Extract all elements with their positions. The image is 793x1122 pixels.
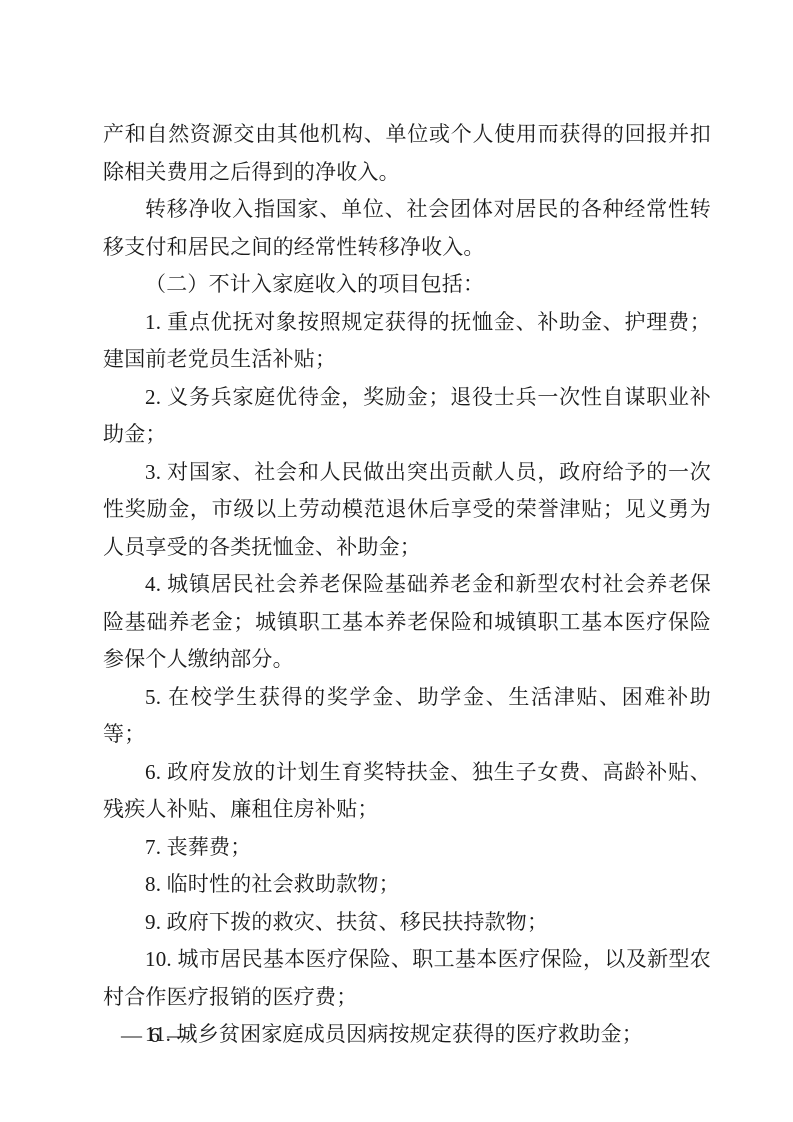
list-item-5: 5. 在校学生获得的奖学金、助学金、生活津贴、困难补助等； xyxy=(103,679,711,754)
list-item-9: 9. 政府下拨的救灾、扶贫、移民扶持款物； xyxy=(103,904,711,942)
list-item-10: 10. 城市居民基本医疗保险、职工基本医疗保险，以及新型农村合作医疗报销的医疗费… xyxy=(103,941,711,1016)
list-item-4: 4. 城镇居民社会养老保险基础养老金和新型农村社会养老保险基础养老金；城镇职工基… xyxy=(103,566,711,679)
list-item-2: 2. 义务兵家庭优待金，奖励金；退役士兵一次性自谋职业补助金； xyxy=(103,379,711,454)
page-number: — 6 — xyxy=(121,1022,189,1048)
section-heading-excluded-items: （二）不计入家庭收入的项目包括： xyxy=(103,266,711,304)
document-page: 产和自然资源交由其他机构、单位或个人使用而获得的回报并扣除相关费用之后得到的净收… xyxy=(0,0,793,1122)
list-item-11: 11. 城乡贫困家庭成员因病按规定获得的医疗救助金； xyxy=(103,1016,711,1054)
list-item-7: 7. 丧葬费； xyxy=(103,829,711,867)
list-item-1: 1. 重点优抚对象按照规定获得的抚恤金、补助金、护理费；建国前老党员生活补贴； xyxy=(103,304,711,379)
list-item-3: 3. 对国家、社会和人民做出突出贡献人员，政府给予的一次性奖励金，市级以上劳动模… xyxy=(103,454,711,567)
paragraph-property-income-continuation: 产和自然资源交由其他机构、单位或个人使用而获得的回报并扣除相关费用之后得到的净收… xyxy=(103,116,711,191)
paragraph-transfer-net-income: 转移净收入指国家、单位、社会团体对居民的各种经常性转移支付和居民之间的经常性转移… xyxy=(103,191,711,266)
body-text: 产和自然资源交由其他机构、单位或个人使用而获得的回报并扣除相关费用之后得到的净收… xyxy=(103,116,711,1054)
list-item-8: 8. 临时性的社会救助款物； xyxy=(103,866,711,904)
list-item-6: 6. 政府发放的计划生育奖特扶金、独生子女费、高龄补贴、残疾人补贴、廉租住房补贴… xyxy=(103,754,711,829)
